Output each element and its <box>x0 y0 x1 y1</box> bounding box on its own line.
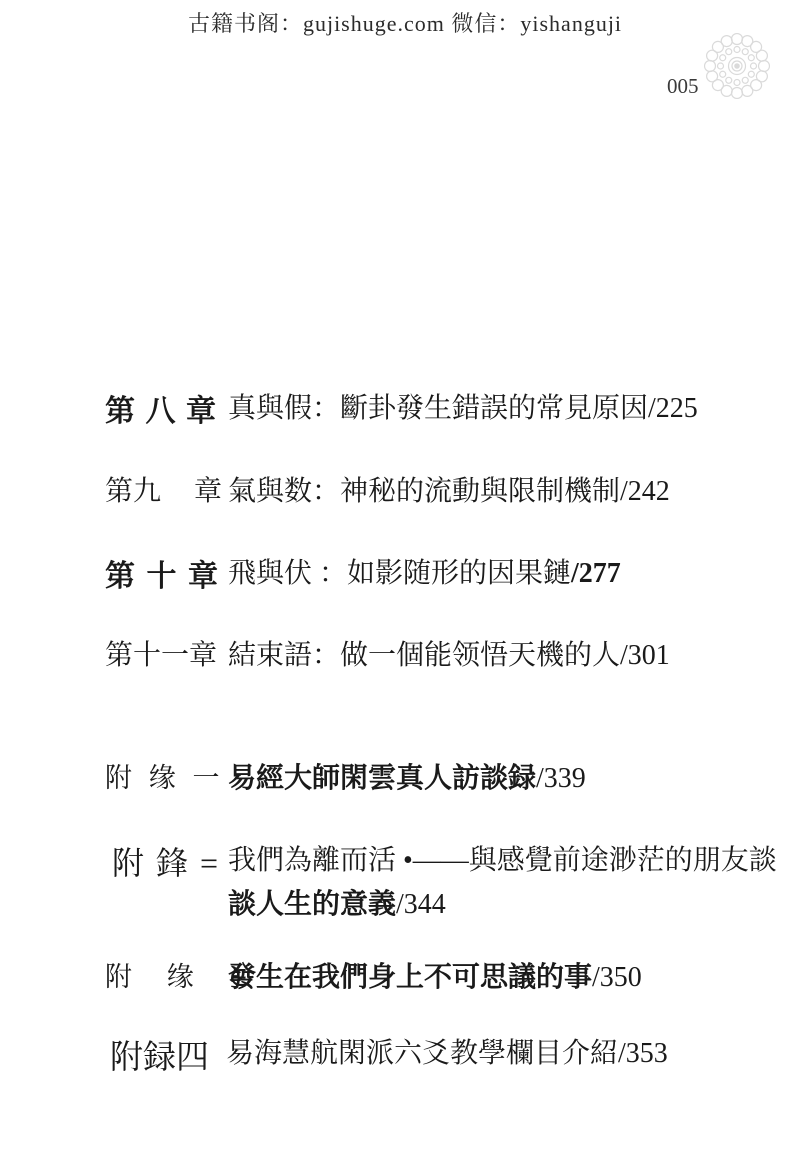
scanned-book-page: 古籍书阁：gujishuge.com 微信：yishanguji 005 第 八… <box>0 0 810 1157</box>
chapter-page-number: /242 <box>620 476 670 507</box>
chapter-title: 飛與伏 ：如影随形的因果鏈/277 <box>228 551 621 591</box>
chapter-label: 第十一章 <box>105 633 217 673</box>
chapter-page-number: /225 <box>648 393 698 424</box>
chapter-title: 結束語：做一個能领悟天機的人/301 <box>228 633 670 673</box>
chapter-label: 第 八 章 <box>105 386 216 430</box>
appendix-label: 附録四 <box>110 1031 209 1078</box>
appendix-label: 附 缘 一 <box>105 756 220 795</box>
appendix-page-number: /344 <box>396 889 446 920</box>
appendix-title: 發生在我們身上不可思議的事/350 <box>228 955 642 995</box>
chapter-title: 真與假：斷卦發生錯誤的常見原因/225 <box>228 386 698 426</box>
chapter-label: 第 十 章 <box>105 551 218 595</box>
appendix-title: 易海慧航閑派六爻教學欄目介紹/353 <box>226 1031 668 1071</box>
chapter-title: 氣與数：神秘的流動與限制機制/242 <box>228 469 670 509</box>
appendix-label: 附 缘 ∈ <box>105 955 249 994</box>
chapter-label: 第九 章 <box>105 469 222 509</box>
appendix-page-number: /339 <box>536 763 586 794</box>
chapter-page-number: /277 <box>571 558 621 589</box>
appendix-title-line-2: 談人生的意義/344 <box>228 882 446 922</box>
appendix-label: 附 鋒 = <box>112 838 218 884</box>
appendix-title: 易經大師閑雲真人訪談録/339 <box>228 756 586 796</box>
appendix-page-number: /350 <box>592 962 642 993</box>
appendix-page-number: /353 <box>618 1038 668 1069</box>
rosette-seal-icon <box>704 33 770 99</box>
appendix-title-line-1: 我們為離而活 •——與感覺前途渺茫的朋友談 <box>228 838 777 878</box>
page-number: 005 <box>667 74 699 99</box>
chapter-page-number: /301 <box>620 640 670 671</box>
watermark-header: 古籍书阁：gujishuge.com 微信：yishanguji <box>0 7 810 38</box>
